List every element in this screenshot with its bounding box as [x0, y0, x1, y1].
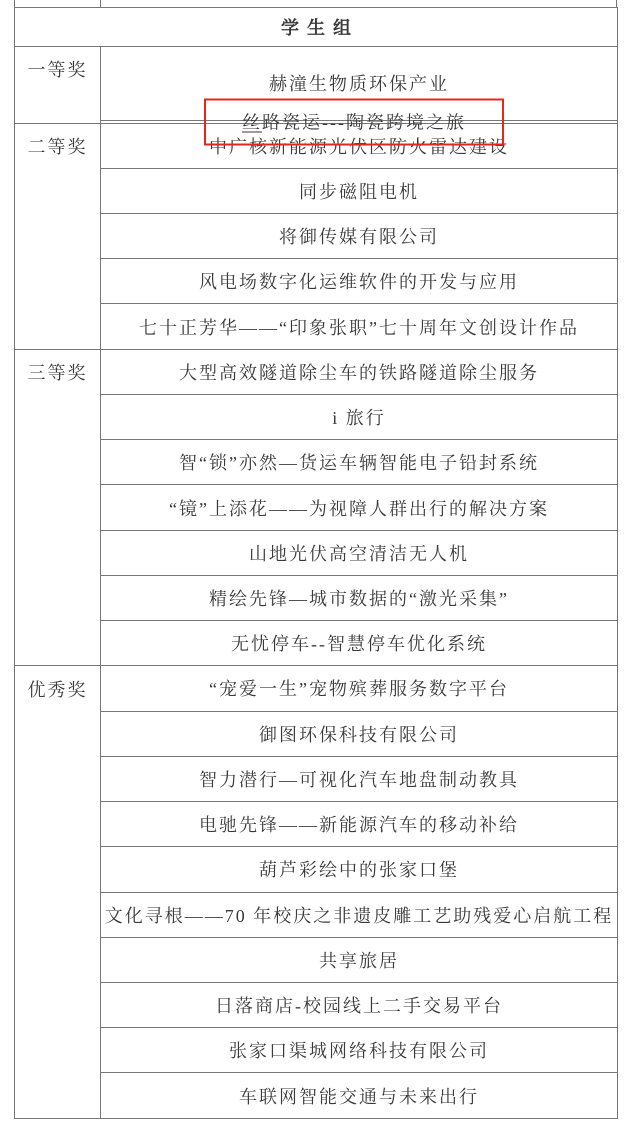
- project-cell: 日落商店-校园线上二手交易平台: [101, 983, 618, 1028]
- project-cell: 车联网智能交通与未来出行: [101, 1073, 618, 1119]
- project-cell: 将御传媒有限公司: [101, 214, 618, 259]
- underlined-char: 丝: [242, 109, 262, 135]
- table-row: 智力潜行—可视化汽车地盘制动教具: [15, 756, 618, 801]
- highlighted-project-text: 路瓷运---陶瓷跨境之旅: [262, 109, 466, 135]
- prize-label: 二等奖: [15, 124, 100, 169]
- project-cell: 御图环保科技有限公司: [101, 711, 618, 756]
- group-header-student: 学生组: [15, 8, 618, 47]
- table-row: 山地光伏高空清洁无人机: [15, 530, 618, 575]
- table-row: 葫芦彩绘中的张家口堡: [15, 847, 618, 892]
- project-cell: 无忧停车--智慧停车优化系统: [101, 621, 618, 666]
- table-row: “镜”上添花——为视障人群出行的解决方案: [15, 485, 618, 530]
- project-cell: i 旅行: [101, 394, 618, 439]
- prize-label: 优秀奖: [15, 666, 100, 711]
- table-row: 将御传媒有限公司: [15, 214, 618, 259]
- table-row: 无忧停车--智慧停车优化系统: [15, 621, 618, 666]
- table-row: 同步磁阻电机: [15, 168, 618, 213]
- prize-label: 三等奖: [15, 350, 100, 395]
- table-row: 智“锁”亦然—货运车辆智能电子铅封系统: [15, 440, 618, 485]
- table-row: 张家口渠城网络科技有限公司: [15, 1028, 618, 1073]
- column-divider-line: [100, 0, 101, 7]
- table-row: 优秀奖 “宠爱一生”宠物殡葬服务数字平台: [15, 666, 618, 711]
- project-cell: 同步磁阻电机: [101, 168, 618, 213]
- project-cell: “镜”上添花——为视障人群出行的解决方案: [101, 485, 618, 530]
- red-highlight-box: 丝路瓷运---陶瓷跨境之旅: [204, 98, 504, 145]
- table-row: 日落商店-校园线上二手交易平台: [15, 983, 618, 1028]
- project-cell: 葫芦彩绘中的张家口堡: [101, 847, 618, 892]
- project-cell: 智力潜行—可视化汽车地盘制动教具: [101, 756, 618, 801]
- project-cell: 风电场数字化运维软件的开发与应用: [101, 259, 618, 304]
- table-row: 七十正芳华——“印象张职”七十周年文创设计作品: [15, 304, 618, 349]
- table-row: 精绘先锋—城市数据的“激光采集”: [15, 575, 618, 620]
- table-row: 三等奖 大型高效隧道除尘车的铁路隧道除尘服务: [15, 349, 618, 394]
- table-row: 文化寻根——70 年校庆之非遗皮雕工艺助残爱心启航工程: [15, 892, 618, 937]
- previous-row-sliver: [14, 0, 617, 7]
- project-cell: 大型高效隧道除尘车的铁路隧道除尘服务: [101, 349, 618, 394]
- table-row: 电驰先锋——新能源汽车的移动补给: [15, 802, 618, 847]
- project-cell: 文化寻根——70 年校庆之非遗皮雕工艺助残爱心启航工程: [101, 892, 618, 937]
- table-row: 学生组: [15, 8, 618, 47]
- project-cell: 精绘先锋—城市数据的“激光采集”: [101, 575, 618, 620]
- table-row: 风电场数字化运维软件的开发与应用: [15, 259, 618, 304]
- table-row: 共享旅居: [15, 937, 618, 982]
- document-page: 学生组 一等奖 赫潼生物质环保产业 丝路瓷运---陶瓷跨境之旅 二等奖 中广核新…: [0, 0, 626, 1130]
- prize-cell-first: 一等奖: [15, 47, 101, 124]
- prize-cell-second: 二等奖: [15, 123, 101, 349]
- project-cell: “宠爱一生”宠物殡葬服务数字平台: [101, 666, 618, 711]
- prize-cell-excellence: 优秀奖: [15, 666, 101, 1119]
- project-cell: 七十正芳华——“印象张职”七十周年文创设计作品: [101, 304, 618, 349]
- project-cell: 智“锁”亦然—货运车辆智能电子铅封系统: [101, 440, 618, 485]
- project-cell: 共享旅居: [101, 937, 618, 982]
- project-cell: 山地光伏高空清洁无人机: [101, 530, 618, 575]
- project-cell: 张家口渠城网络科技有限公司: [101, 1028, 618, 1073]
- project-cell: 电驰先锋——新能源汽车的移动补给: [101, 802, 618, 847]
- table-row: 车联网智能交通与未来出行: [15, 1073, 618, 1119]
- table-row: i 旅行: [15, 394, 618, 439]
- prize-label: 一等奖: [15, 47, 100, 92]
- table-row: 御图环保科技有限公司: [15, 711, 618, 756]
- awards-table: 学生组 一等奖 赫潼生物质环保产业 丝路瓷运---陶瓷跨境之旅 二等奖 中广核新…: [14, 7, 618, 1119]
- prize-cell-third: 三等奖: [15, 349, 101, 666]
